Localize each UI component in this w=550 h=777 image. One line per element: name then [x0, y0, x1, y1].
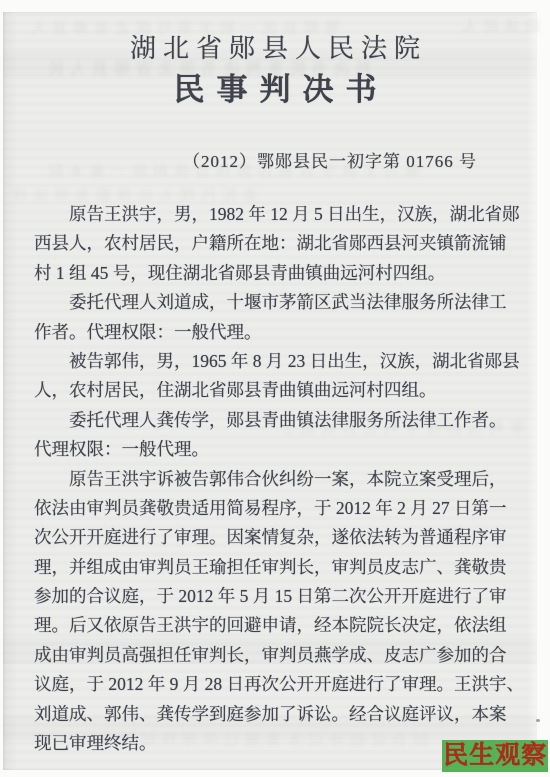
document-type-title: 民事判决书 [0, 64, 550, 109]
body-line: 委托代理人刘道成，十堰市茅箭区武当法律服务所法律工 [34, 288, 516, 317]
judgment-body: 原告王洪宇，男，1982 年 12 月 5 日出生，汉族，湖北省郧 西县人，农村… [34, 200, 516, 758]
body-line: 委托代理人龚传学，郧县青曲镇法律服务所法律工作者。 [34, 406, 516, 435]
body-line: 代理权限：一般代理。 [34, 435, 516, 464]
body-line: 原告王洪宇诉被告郭伟合伙纠纷一案，本院立案受理后， [34, 465, 516, 494]
body-line: 议庭，于 2012 年 9 月 28 日再次公开开庭进行了审理。王洪宇、 [34, 670, 516, 699]
body-line: 被告郭伟，男，1965 年 8 月 23 日出生，汉族，湖北省郧县 [34, 347, 516, 376]
body-line: 原告王洪宇，男，1982 年 12 月 5 日出生，汉族，湖北省郧 [34, 200, 516, 229]
case-number: （2012）鄂郧县民一初字第 01766 号 [183, 147, 477, 172]
scanned-judgment-page: 鄂郧县民一初字第号湖北省郧县人民法院 判决书民事判决书湖北省郧县人民法 原告王洪… [0, 0, 550, 777]
body-line: 作者。代理权限：一般代理。 [34, 318, 516, 347]
body-line: 参加的合议庭，于 2012 年 5 月 15 日第二次公开开庭进行了审 [34, 582, 516, 611]
body-line: 理，并组成由审判员王瑜担任审判长，审判员皮志广、龚敬贵 [34, 553, 516, 582]
body-line: 成由审判员高强担任审判长，审判员燕学成、皮志广参加的合 [34, 641, 516, 670]
body-line: 理。后又依原告王洪宇的回避申请，经本院院长决定，依法组 [34, 611, 516, 640]
watermark-stamp: 民生观察 [442, 740, 548, 772]
court-name-title: 湖北省郧县人民法院 [0, 28, 550, 65]
body-line: 村 1 组 45 号，现住湖北省郧县青曲镇曲远河村四组。 [34, 259, 516, 288]
body-line: 次公开开庭进行了审理。因案情复杂，遂依法转为普通程序审 [34, 523, 516, 552]
body-line: 人，农村居民，住湖北省郧县青曲镇曲远河村四组。 [34, 376, 516, 405]
body-line: 依法由审判员龚敬贵适用简易程序，于 2012 年 2 月 27 日第一 [34, 494, 516, 523]
scan-speck [536, 719, 540, 722]
body-line: 西县人，农村居民，户籍所在地：湖北省郧西县河夹镇箭流铺 [34, 229, 516, 258]
body-line: 刘道成、郭伟、龚传学到庭参加了诉讼。经合议庭评议，本案 [34, 700, 516, 729]
